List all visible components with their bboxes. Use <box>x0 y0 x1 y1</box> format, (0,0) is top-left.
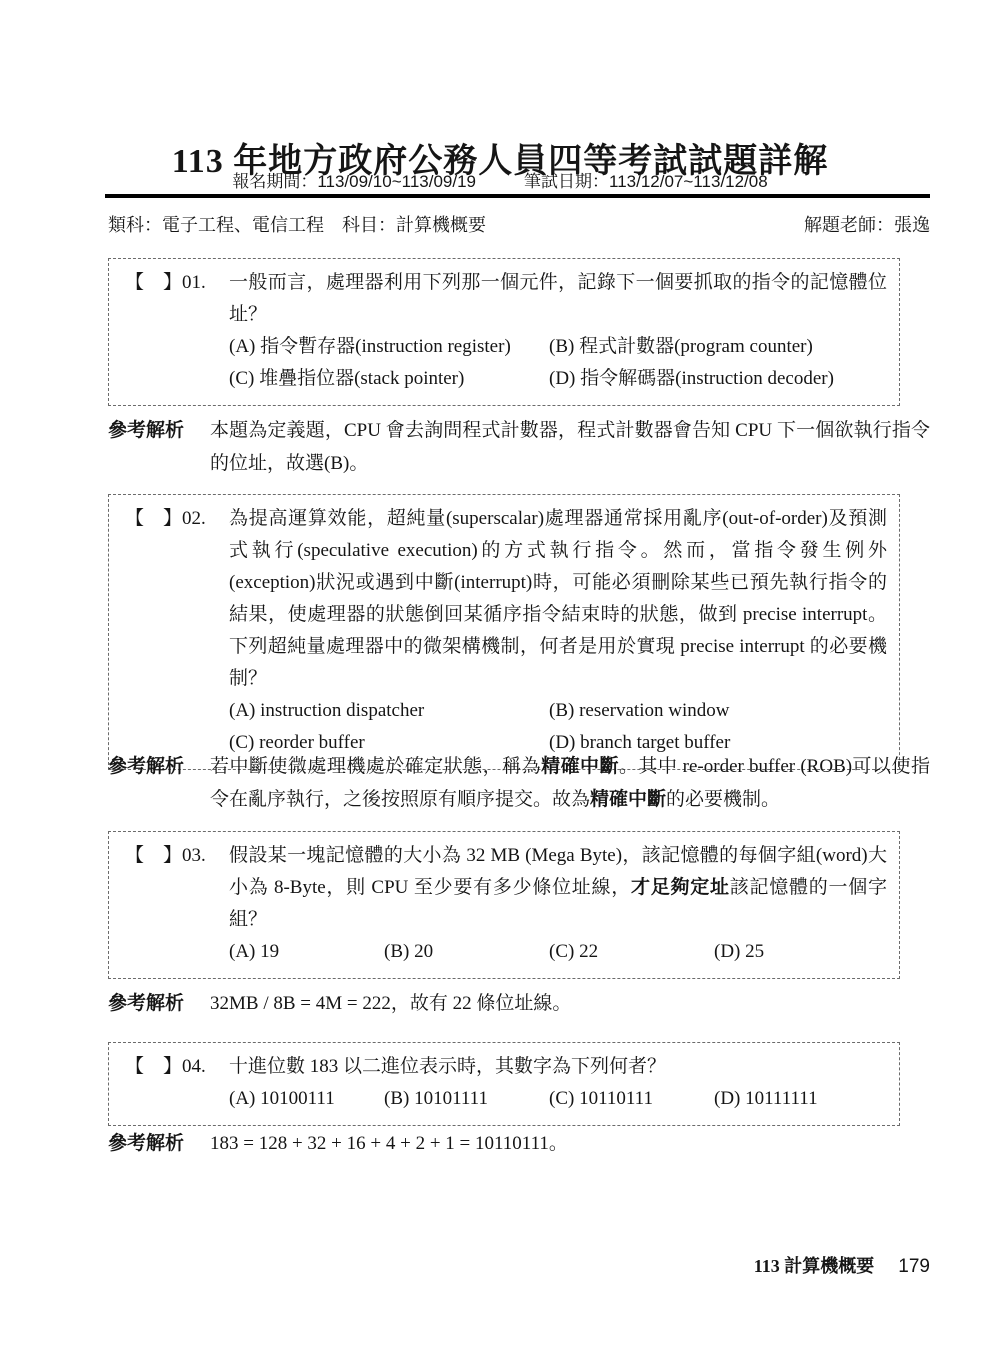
answer-blank-and-number: 【 】02. <box>125 503 206 535</box>
footer-page-number: 179 <box>898 1256 930 1277</box>
question-box: 【 】04. 十進位數 183 以二進位表示時，其數字為下列何者？ (A) 10… <box>108 1042 900 1126</box>
answer-blank-and-number: 【 】04. <box>125 1051 206 1083</box>
options-grid: (A) 指令暫存器(instruction register)(B) 程式計數器… <box>229 331 887 395</box>
text-segment: 若中斷使微處理機處於確定狀態，稱為 <box>210 756 541 777</box>
question-box: 【 】01. 一般而言，處理器利用下列那一個元件，記錄下一個要抓取的指令的記憶體… <box>108 258 900 406</box>
option: (B) reservation window <box>549 695 887 727</box>
page-footer: 113 計算機概要179 <box>108 1252 930 1278</box>
option: (D) 10111111 <box>714 1083 887 1115</box>
question-stem: 一般而言，處理器利用下列那一個元件，記錄下一個要抓取的指令的記憶體位址？ <box>229 267 887 331</box>
header-divider <box>105 194 930 198</box>
text-segment: 32MB / 8B = 4M = 222，故有 22 條位址線。 <box>210 993 571 1014</box>
options-grid: (A) 19(B) 20(C) 22(D) 25 <box>229 936 887 968</box>
text-segment: 本題為定義題，CPU 會去詢問程式計數器，程式計數器會告知 CPU 下一個欲執行… <box>210 420 930 474</box>
analysis-block: 參考解析 本題為定義題，CPU 會去詢問程式計數器，程式計數器會告知 CPU 下… <box>108 414 930 480</box>
analysis-label: 參考解析 <box>108 750 184 783</box>
question-row: 【 】03. 假設某一塊記憶體的大小為 32 MB (Mega Byte)，該記… <box>125 840 887 936</box>
analysis-block: 參考解析 183 = 128 + 32 + 16 + 4 + 2 + 1 = 1… <box>108 1127 930 1160</box>
option: (A) 指令暫存器(instruction register) <box>229 331 549 363</box>
question-row: 【 】02. 為提高運算效能，超純量(superscalar)處理器通常採用亂序… <box>125 503 887 695</box>
text-segment: 精確中斷 <box>590 789 666 810</box>
text-segment: 才足夠定址 <box>631 877 730 898</box>
answer-blank-and-number: 【 】03. <box>125 840 206 872</box>
analysis-label: 參考解析 <box>108 414 184 447</box>
question-stem: 假設某一塊記憶體的大小為 32 MB (Mega Byte)，該記憶體的每個字組… <box>229 840 887 936</box>
question-stem: 十進位數 183 以二進位表示時，其數字為下列何者？ <box>229 1051 887 1083</box>
question-stem: 為提高運算效能，超純量(superscalar)處理器通常採用亂序(out-of… <box>229 503 887 695</box>
option: (C) 堆疊指位器(stack pointer) <box>229 363 549 395</box>
options-grid: (A) 10100111(B) 10101111(C) 10110111(D) … <box>229 1083 887 1115</box>
text-segment: 一般而言，處理器利用下列那一個元件，記錄下一個要抓取的指令的記憶體位址？ <box>229 272 887 325</box>
analysis-text: 本題為定義題，CPU 會去詢問程式計數器，程式計數器會告知 CPU 下一個欲執行… <box>210 414 930 480</box>
option: (C) 10110111 <box>549 1083 714 1115</box>
option: (B) 10101111 <box>384 1083 549 1115</box>
question-box: 【 】03. 假設某一塊記憶體的大小為 32 MB (Mega Byte)，該記… <box>108 831 900 979</box>
option: (A) instruction dispatcher <box>229 695 549 727</box>
question-row: 【 】01. 一般而言，處理器利用下列那一個元件，記錄下一個要抓取的指令的記憶體… <box>125 267 887 331</box>
option: (D) 25 <box>714 936 887 968</box>
option: (D) 指令解碼器(instruction decoder) <box>549 363 887 395</box>
option: (A) 19 <box>229 936 384 968</box>
footer-subject: 113 計算機概要 <box>754 1256 875 1276</box>
question-box: 【 】02. 為提高運算效能，超純量(superscalar)處理器通常採用亂序… <box>108 494 900 770</box>
analysis-block: 參考解析 若中斷使微處理機處於確定狀態，稱為精確中斷。其中 re-order b… <box>108 750 930 816</box>
category-and-subject: 類科：電子工程、電信工程 科目：計算機概要 <box>108 211 486 237</box>
analysis-label: 參考解析 <box>108 1127 184 1160</box>
text-segment: 的必要機制。 <box>666 789 780 810</box>
written-exam-date: 筆試日期：113/12/07~113/12/08 <box>524 167 768 192</box>
answer-blank-and-number: 【 】01. <box>125 267 206 299</box>
text-segment: 精確中斷 <box>541 756 619 777</box>
text-segment: 為提高運算效能，超純量(superscalar)處理器通常採用亂序(out-of… <box>229 508 887 689</box>
analysis-text: 183 = 128 + 32 + 16 + 4 + 2 + 1 = 101101… <box>210 1127 930 1160</box>
solver-name: 解題老師：張逸 <box>804 211 930 237</box>
registration-period: 報名期間：113/09/10~113/09/19 <box>232 167 476 192</box>
option: (B) 程式計數器(program counter) <box>549 331 887 363</box>
option: (C) 22 <box>549 936 714 968</box>
exam-dates-row: 報名期間：113/09/10~113/09/19 筆試日期：113/12/07~… <box>0 167 1000 192</box>
analysis-text: 32MB / 8B = 4M = 222，故有 22 條位址線。 <box>210 987 930 1020</box>
text-segment: 183 = 128 + 32 + 16 + 4 + 2 + 1 = 101101… <box>210 1133 568 1154</box>
meta-row: 類科：電子工程、電信工程 科目：計算機概要 解題老師：張逸 <box>108 211 930 237</box>
option: (A) 10100111 <box>229 1083 384 1115</box>
exam-solution-page: 113 年地方政府公務人員四等考試試題詳解 報名期間：113/09/10~113… <box>0 0 1000 1353</box>
analysis-block: 參考解析 32MB / 8B = 4M = 222，故有 22 條位址線。 <box>108 987 930 1020</box>
text-segment: 十進位數 183 以二進位表示時，其數字為下列何者？ <box>229 1056 666 1077</box>
option: (B) 20 <box>384 936 549 968</box>
analysis-text: 若中斷使微處理機處於確定狀態，稱為精確中斷。其中 re-order buffer… <box>210 750 930 816</box>
analysis-label: 參考解析 <box>108 987 184 1020</box>
question-row: 【 】04. 十進位數 183 以二進位表示時，其數字為下列何者？ <box>125 1051 887 1083</box>
